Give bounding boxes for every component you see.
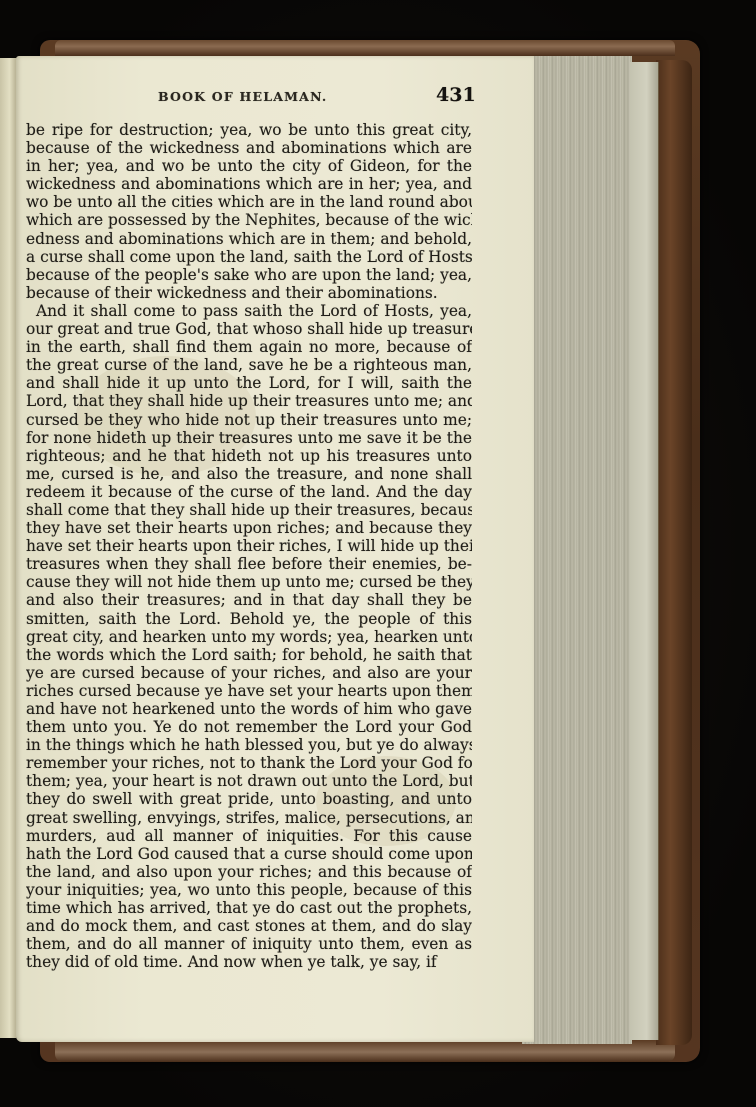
text-line: have set their hearts upon their riches,…: [26, 537, 472, 555]
text-line: your iniquities; yea, wo unto this peopl…: [26, 881, 472, 899]
text-line: our great and true God, that whoso shall…: [26, 320, 472, 338]
text-line: edness and abominations which are in the…: [26, 230, 472, 248]
text-line: the land, and also upon your riches; and…: [26, 863, 472, 881]
text-line: me, cursed is he, and also the treasure,…: [26, 465, 472, 483]
text-line: they did of old time. And now when ye ta…: [26, 953, 472, 971]
text-line: great swelling, envyings, strifes, malic…: [26, 809, 472, 827]
text-line: redeem it because of the curse of the la…: [26, 483, 472, 501]
text-line: which are possessed by the Nephites, bec…: [26, 211, 472, 229]
text-line: because of the wickedness and abominatio…: [26, 139, 472, 157]
text-line: riches cursed because ye have set your h…: [26, 682, 472, 700]
text-line: shall come that they shall hide up their…: [26, 501, 472, 519]
text-line: for none hideth up their treasures unto …: [26, 429, 472, 447]
text-line: and do mock them, and cast stones at the…: [26, 917, 472, 935]
running-head: BOOK OF HELAMAN. 431: [150, 86, 470, 110]
text-line: wo be unto all the cities which are in t…: [26, 193, 472, 211]
text-line: because of their wickedness and their ab…: [26, 284, 472, 302]
text-line: and have not hearkened unto the words of…: [26, 700, 472, 718]
text-line: smitten, saith the Lord. Behold ye, the …: [26, 610, 472, 628]
text-line: hath the Lord God caused that a curse sh…: [26, 845, 472, 863]
text-line: righteous; and he that hideth not up his…: [26, 447, 472, 465]
text-line: ye are cursed because of your riches, an…: [26, 664, 472, 682]
text-line: murders, aud all manner of iniquities. F…: [26, 827, 472, 845]
paragraph: be ripe for destruction; yea, wo be unto…: [26, 121, 472, 302]
paragraph: And it shall come to pass saith the Lord…: [26, 302, 472, 971]
text-line: in her; yea, and wo be unto the city of …: [26, 157, 472, 175]
text-line: time which has arrived, that ye do cast …: [26, 899, 472, 917]
text-line: they have set their hearts upon riches; …: [26, 519, 472, 537]
text-line: And it shall come to pass saith the Lord…: [26, 302, 472, 320]
text-line: be ripe for destruction; yea, wo be unto…: [26, 121, 472, 139]
running-head-title: BOOK OF HELAMAN.: [158, 89, 327, 104]
page-number: 431: [436, 84, 476, 106]
text-line: cursed be they who hide not up their tre…: [26, 411, 472, 429]
text-line: the words which the Lord saith; for beho…: [26, 646, 472, 664]
body-text: be ripe for destruction; yea, wo be unto…: [26, 121, 472, 971]
text-line: them unto you. Ye do not remember the Lo…: [26, 718, 472, 736]
text-line: in the earth, shall find them again no m…: [26, 338, 472, 356]
text-line: remember your riches, not to thank the L…: [26, 754, 472, 772]
text-line: Lord, that they shall hide up their trea…: [26, 392, 472, 410]
previous-page-edge: [0, 58, 17, 1038]
text-line: them; yea, your heart is not drawn out u…: [26, 772, 472, 790]
book-photo: BOOK OF HELAMAN. 431 be ripe for destruc…: [0, 0, 756, 1107]
text-line: in the things which he hath blessed you,…: [26, 736, 472, 754]
text-line: the great curse of the land, save he be …: [26, 356, 472, 374]
text-line: because of the people's sake who are upo…: [26, 266, 472, 284]
text-line: and shall hide it up unto the Lord, for …: [26, 374, 472, 392]
page-block-outer-edge: [630, 62, 659, 1040]
cover-right-edge: [656, 60, 692, 1045]
text-line: cause they will not hide them up unto me…: [26, 573, 472, 591]
text-line: they do swell with great pride, unto boa…: [26, 790, 472, 808]
text-line: wickedness and abominations which are in…: [26, 175, 472, 193]
text-line: great city, and hearken unto my words; y…: [26, 628, 472, 646]
text-line: a curse shall come upon the land, saith …: [26, 248, 472, 266]
cover-top-edge: [55, 40, 675, 56]
text-line: treasures when they shall flee before th…: [26, 555, 472, 573]
text-line: them, and do all manner of iniquity unto…: [26, 935, 472, 953]
page-block-fore-edge: [522, 56, 632, 1044]
text-line: and also their treasures; and in that da…: [26, 591, 472, 609]
